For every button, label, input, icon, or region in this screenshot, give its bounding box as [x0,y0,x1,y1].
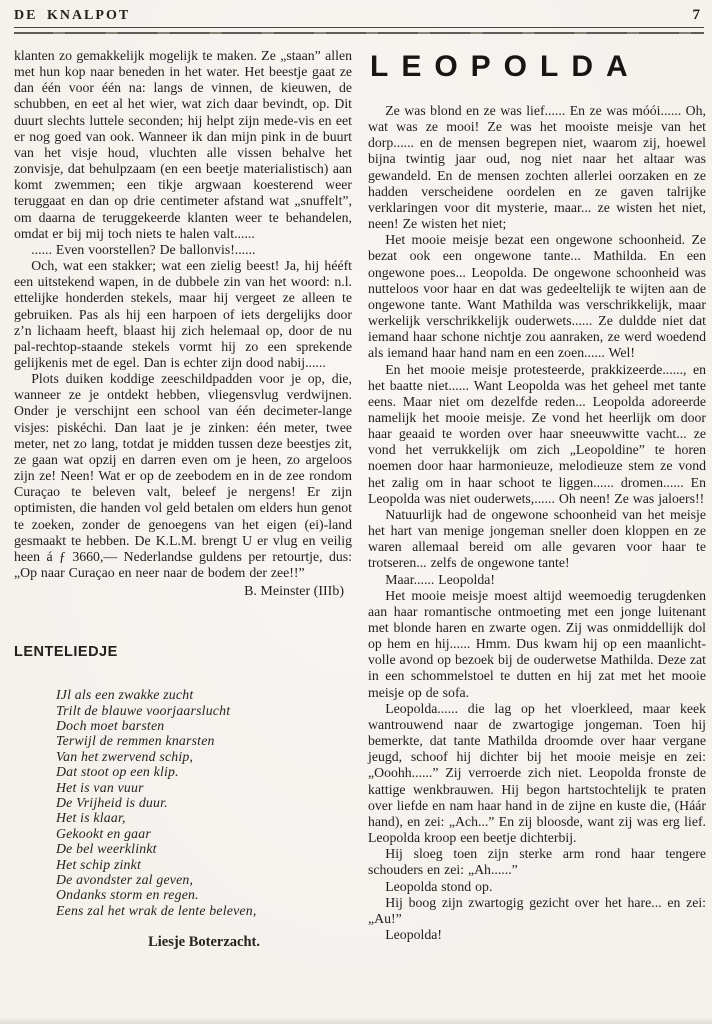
poem-title: LENTELIEDJE [14,644,352,660]
article-continuation-body: klanten zo gemakkelijk mogelijk te maken… [14,48,352,581]
story-paragraph: Leopolda stond op. [368,879,706,895]
story-paragraph: En het mooie meisje protesteerde, prakki… [368,362,706,507]
poem-line: Eens zal het wrak de lente beleven, [56,903,352,918]
story-body: Ze was blond en ze was lief...... En ze … [368,103,706,943]
article-signature: B. Meinster (IIIb) [14,584,352,600]
columns: klanten zo gemakkelijk mogelijk te maken… [14,48,706,951]
story-paragraph: Natuurlijk had de ongewone schoonheid va… [368,507,706,572]
left-column: klanten zo gemakkelijk mogelijk te maken… [14,48,352,951]
page-number: 7 [693,7,703,24]
poem-line: Het schip zinkt [56,857,352,872]
header-rule-thin [14,27,704,28]
story-paragraph: Leopolda...... die lag op het vloerkleed… [368,701,706,846]
scan-edge-shadow [0,1017,712,1024]
poem-line: Ondanks storm en regen. [56,887,352,902]
poem-line: De Vrijheid is duur. [56,795,352,810]
article-paragraph: Plots duiken koddige zeeschildpadden voo… [14,371,352,581]
story-paragraph: Hij sloeg toen zijn sterke arm rond haar… [368,846,706,878]
poem-line: De bel weerklinkt [56,841,352,856]
poem-line: Terwijl de remmen knarsten [56,733,352,748]
poem-line: De avondster zal geven, [56,872,352,887]
poem-line: Het is klaar, [56,810,352,825]
poem-line: Trilt de blauwe voorjaarslucht [56,703,352,718]
story-paragraph: Het mooie meisje moest altijd weemoedig … [368,588,706,701]
poem-line: Doch moet barsten [56,718,352,733]
header-rule-thick [14,32,704,34]
article-paragraph: Och, wat een stakker; wat een zielig bee… [14,258,352,371]
poem-line: Van het zwervend schip, [56,749,352,764]
masthead: DE KNALPOT 7 [14,5,706,27]
article-paragraph: ...... Even voorstellen? De ballonvis!..… [14,242,352,258]
story-paragraph: Leopolda! [368,927,706,943]
story-paragraph: Maar...... Leopolda! [368,572,706,588]
poem-signature: Liesje Boterzacht. [14,934,352,951]
story-paragraph: Ze was blond en ze was lief...... En ze … [368,103,706,232]
poem-body: IJl als een zwakke zuchtTrilt de blauwe … [56,687,352,918]
story-title: LEOPOLDA [370,50,706,84]
story-paragraph: Hij boog zijn zwartogig gezicht over het… [368,895,706,927]
poem-line: Gekookt en gaar [56,826,352,841]
right-column: LEOPOLDA Ze was blond en ze was lief....… [368,48,706,951]
magazine-page: DE KNALPOT 7 klanten zo gemakkelijk moge… [0,0,712,1024]
poem-line: IJl als een zwakke zucht [56,687,352,702]
poem-line: Dat stoot op een klip. [56,764,352,779]
publication-title: DE KNALPOT [14,8,130,24]
story-paragraph: Het mooie meisje bezat een ongewone scho… [368,232,706,361]
article-paragraph: klanten zo gemakkelijk mogelijk te maken… [14,48,352,242]
poem-line: Het is van vuur [56,780,352,795]
